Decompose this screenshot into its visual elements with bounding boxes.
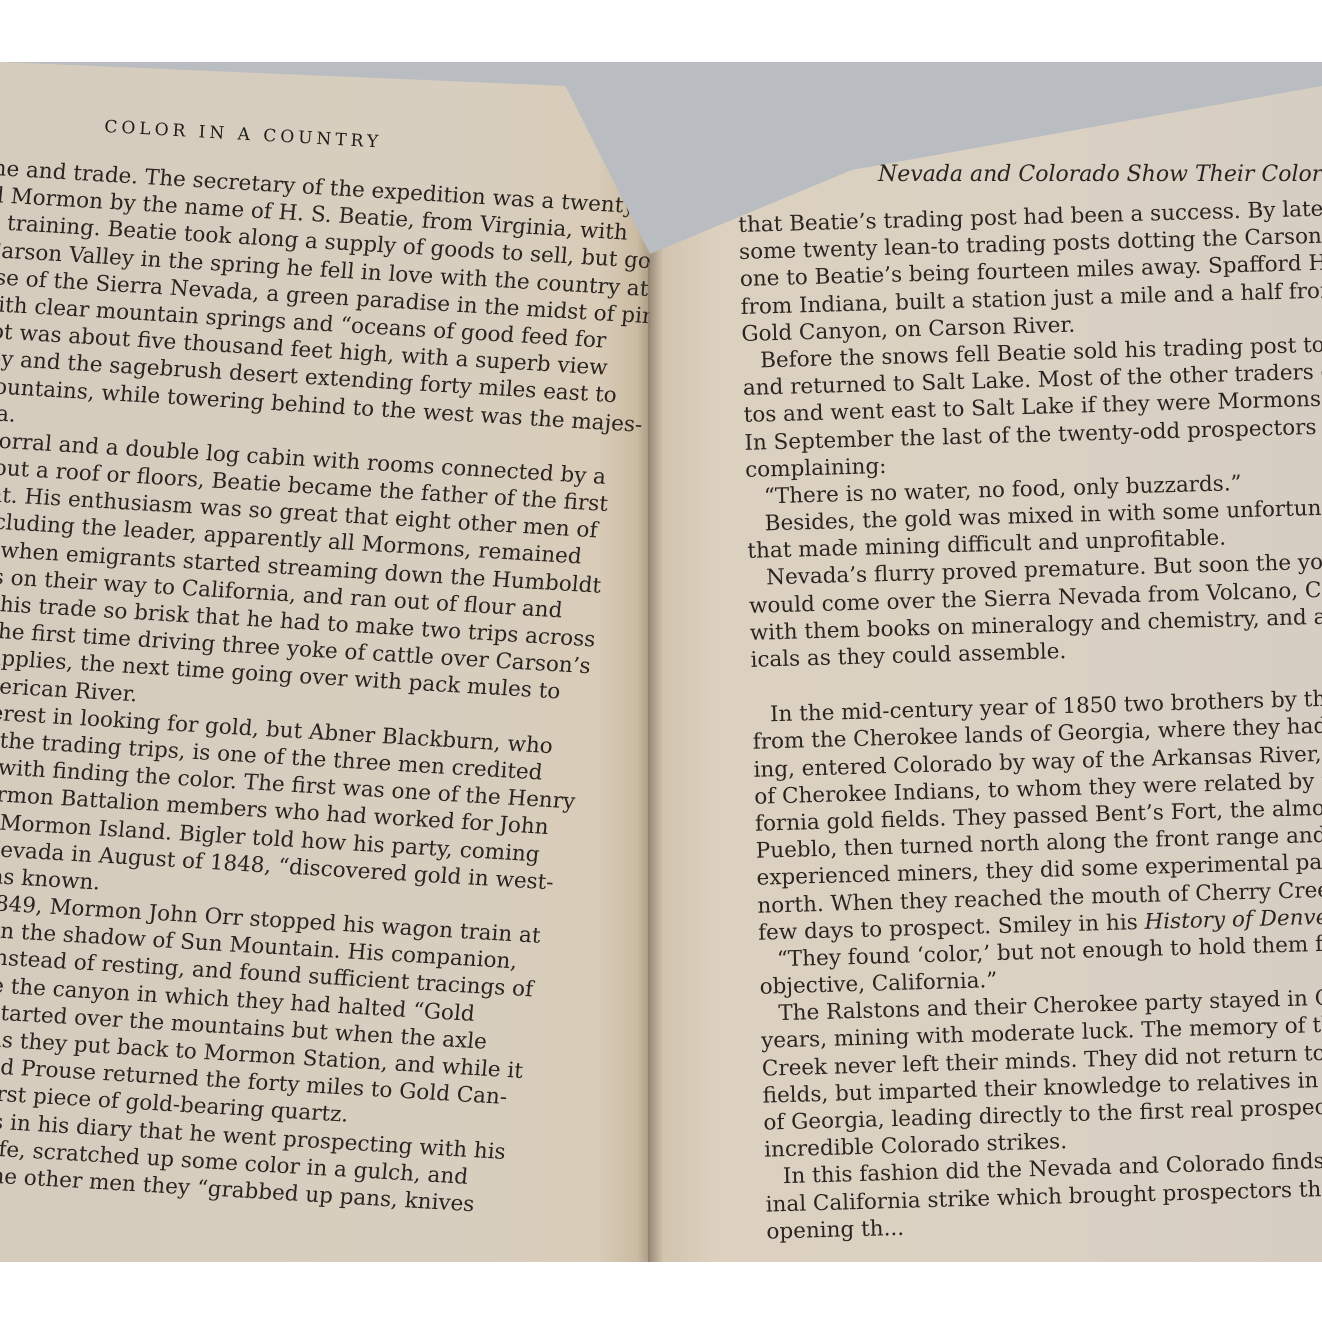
right-page-body: that Beatie’s trading post had been a su… [738,194,1322,1246]
right-page: Nevada and Colorado Show Their Color tha… [650,62,1322,1262]
white-margin-bottom [0,1262,1322,1322]
white-margin-top [0,0,1322,62]
book-title-italic: History of Denver [1144,904,1322,934]
book-gutter [648,262,650,1262]
right-running-head: Nevada and Colorado Show Their Color [878,162,1322,187]
left-page-body: ne and trade. The secretary of the exped… [0,155,613,1221]
open-book-photo: COLOR IN A COUNTRY ne and trade. The sec… [0,62,1322,1262]
left-page: COLOR IN A COUNTRY ne and trade. The sec… [0,62,650,1262]
left-running-head: COLOR IN A COUNTRY [104,117,383,152]
